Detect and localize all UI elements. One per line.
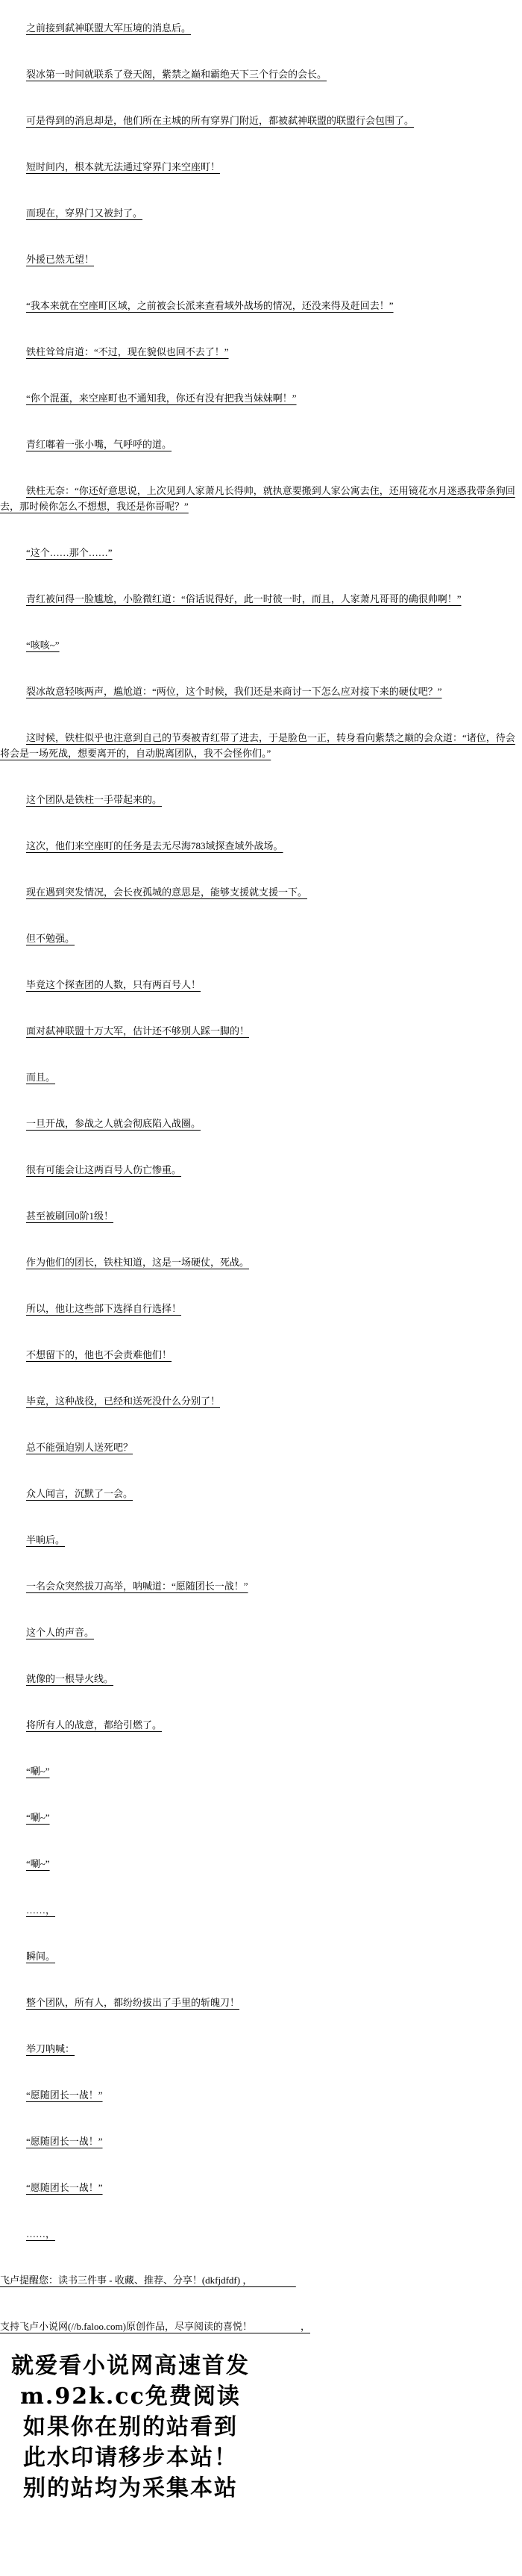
novel-paragraph: “愿随团长一战！” xyxy=(0,2087,516,2103)
novel-paragraph: 之前接到弑神联盟大军压境的消息后。 xyxy=(0,20,516,36)
novel-paragraph: 裂冰故意轻咳两声，尴尬道：“两位，这个时候，我们还是来商讨一下怎么应对接下来的硬… xyxy=(0,684,516,699)
watermark-block: 就爱看小说网高速首发 m.92k.cc免费阅读 如果你在别的站看到 此水印请移步… xyxy=(0,2351,261,2504)
novel-paragraph: 外援已然无望！ xyxy=(0,251,516,267)
novel-paragraph: 将所有人的战意，都给引燃了。 xyxy=(0,1717,516,1733)
novel-paragraph: 一名会众突然拔刀高举，呐喊道：“愿随团长一战！” xyxy=(0,1578,516,1594)
novel-paragraph: “我本来就在空座町区域，之前被会长派来查看域外战场的情况，还没来得及赶回去！” xyxy=(0,298,516,313)
watermark-line: 别的站均为采集本站 xyxy=(0,2473,261,2504)
novel-paragraph: 就像的一根导火线。 xyxy=(0,1671,516,1686)
novel-paragraph: 毕竟这个探查团的人数，只有两百号人！ xyxy=(0,977,516,992)
novel-paragraph: 而且。 xyxy=(0,1069,516,1085)
novel-page: 之前接到弑神联盟大军压境的消息后。 裂冰第一时间就联系了登天阁，紫禁之巅和霸绝天… xyxy=(0,0,522,2504)
novel-paragraph: 铁柱耸耸肩道：“不过，现在貌似也回不去了！” xyxy=(0,344,516,360)
novel-paragraph: 这个人的声音。 xyxy=(0,1625,516,1640)
novel-paragraph: “唰~” xyxy=(0,1763,516,1779)
novel-paragraph: 可是得到的消息却是，他们所在主城的所有穿界门附近，都被弑神联盟的联盟行会包围了。 xyxy=(0,113,516,128)
novel-paragraph: “愿随团长一战！” xyxy=(0,2133,516,2149)
novel-paragraph: 青红被问得一脸尴尬，小脸微红道：“俗话说得好，此一时彼一时，而且，人家萧凡哥哥的… xyxy=(0,591,516,607)
novel-paragraph: 举刀呐喊： xyxy=(0,2041,516,2057)
novel-paragraph: 裂冰第一时间就联系了登天阁，紫禁之巅和霸绝天下三个行会的会长。 xyxy=(0,66,516,82)
novel-paragraph: 很有可能会让这两百号人伤亡惨重。 xyxy=(0,1162,516,1178)
novel-paragraph: 现在遇到突发情况，会长夜孤城的意思是，能够支援就支援一下。 xyxy=(0,884,516,900)
faloo-reminder-line: 飞卢提醒您：读书三件事 - 收藏、推荐、分享！(dkfjdfdf) ， xyxy=(0,2272,516,2288)
novel-paragraph: 面对弑神联盟十万大军，估计还不够别人踩一脚的！ xyxy=(0,1023,516,1039)
novel-paragraph: 所以，他让这些部下选择自行选择！ xyxy=(0,1301,516,1316)
novel-paragraph: 但不勉强。 xyxy=(0,931,516,946)
novel-paragraph: 甚至被刷回0阶1级！ xyxy=(0,1208,516,1224)
novel-paragraph: “唰~” xyxy=(0,1856,516,1872)
novel-paragraph: 瞬间。 xyxy=(0,1948,516,1964)
novel-paragraph: 这个团队是铁柱一手带起来的。 xyxy=(0,792,516,807)
novel-paragraph: 半晌后。 xyxy=(0,1532,516,1548)
watermark-line: 此水印请移步本站！ xyxy=(0,2442,261,2473)
faloo-support-line: 支持飞卢小说网(//b.faloo.com)原创作品，尽享阅读的喜悦！ ， xyxy=(0,2319,516,2334)
novel-paragraph: 整个团队，所有人，都纷纷拔出了手里的斩魄刀！ xyxy=(0,1995,516,2010)
novel-paragraph: 作为他们的团长，铁柱知道，这是一场硬仗，死战。 xyxy=(0,1254,516,1270)
novel-paragraph: 总不能强迫别人送死吧？ xyxy=(0,1439,516,1455)
novel-paragraph: “这个……那个……” xyxy=(0,545,516,560)
novel-paragraph: 这时候，铁柱似乎也注意到自己的节奏被青红带了进去，于是脸色一正，转身看向紫禁之巅… xyxy=(0,730,516,761)
novel-paragraph: 众人闻言，沉默了一会。 xyxy=(0,1486,516,1501)
novel-paragraph: “咳咳~” xyxy=(0,637,516,653)
novel-paragraph: ……， xyxy=(0,2226,516,2242)
novel-paragraph: 短时间内，根本就无法通过穿界门来空座町！ xyxy=(0,159,516,175)
novel-paragraph: ……， xyxy=(0,1902,516,1918)
novel-paragraph: “愿随团长一战！” xyxy=(0,2180,516,2195)
novel-paragraph: 不想留下的，他也不会责难他们！ xyxy=(0,1347,516,1363)
novel-paragraph: 而现在，穿界门又被封了。 xyxy=(0,205,516,221)
novel-paragraph: “唰~” xyxy=(0,1810,516,1825)
novel-paragraph: 铁柱无奈：“你还好意思说，上次见到人家萧凡长得帅，就执意要搬到人家公寓去住，还用… xyxy=(0,483,516,514)
novel-paragraph: “你个混蛋，来空座町也不通知我，你还有没有把我当妹妹啊！” xyxy=(0,390,516,406)
novel-paragraph: 这次，他们来空座町的任务是去无尽海783域探查域外战场。 xyxy=(0,838,516,854)
watermark-line: m.92k.cc免费阅读 xyxy=(0,2381,261,2412)
watermark-line: 如果你在别的站看到 xyxy=(0,2412,261,2442)
watermark-line: 就爱看小说网高速首发 xyxy=(0,2351,261,2381)
novel-paragraph: 一旦开战，参战之人就会彻底陷入战圈。 xyxy=(0,1116,516,1131)
novel-paragraph: 青红嘟着一张小嘴，气呼呼的道。 xyxy=(0,437,516,452)
novel-paragraph: 毕竟，这种战役，已经和送死没什么分别了！ xyxy=(0,1393,516,1409)
